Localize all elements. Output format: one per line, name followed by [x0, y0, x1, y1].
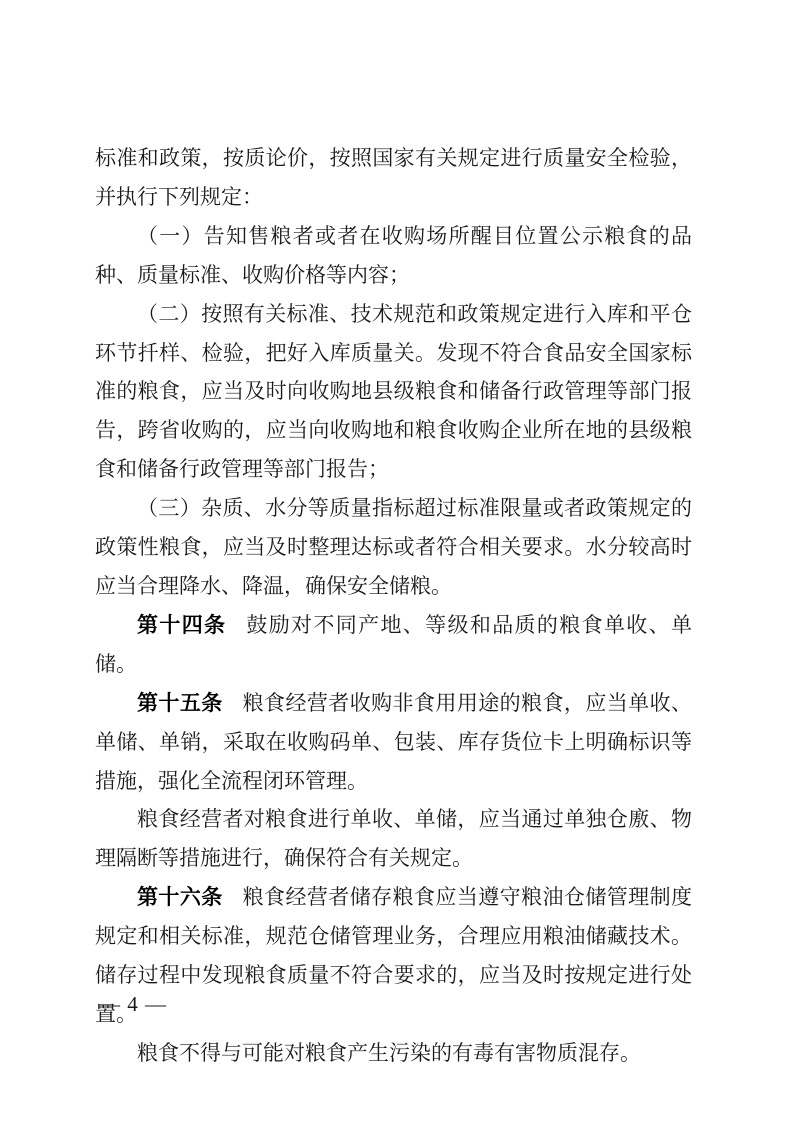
body-paragraph: （一）告知售粮者或者在收购场所醒目位置公示粮食的品种、质量标准、收购价格等内容；: [95, 217, 692, 295]
article-paragraph: 第十五条粮食经营者收购非食用用途的粮食，应当单收、单储、单销，采取在收购码单、包…: [95, 684, 692, 801]
body-paragraph: 粮食经营者对粮食进行单收、单储，应当通过单独仓廒、物理隔断等措施进行，确保符合有…: [95, 800, 692, 878]
document-body: 标准和政策，按质论价，按照国家有关规定进行质量安全检验，并执行下列规定：（一）告…: [95, 139, 692, 1073]
body-paragraph: （三）杂质、水分等质量指标超过标准限量或者政策规定的政策性粮食，应当及时整理达标…: [95, 489, 692, 606]
article-paragraph: 第十六条粮食经营者储存粮食应当遵守粮油仓储管理制度规定和相关标准，规范仓储管理业…: [95, 878, 692, 1034]
page-number: — 4 —: [99, 990, 167, 1018]
article-number: 第十四条: [137, 613, 226, 637]
article-number: 第十五条: [137, 691, 223, 715]
body-paragraph: 粮食不得与可能对粮食产生污染的有毒有害物质混存。: [95, 1034, 692, 1073]
body-paragraph: 标准和政策，按质论价，按照国家有关规定进行质量安全检验，并执行下列规定：: [95, 139, 692, 217]
article-paragraph: 第十四条鼓励对不同产地、等级和品质的粮食单收、单储。: [95, 606, 692, 684]
body-paragraph: （二）按照有关标准、技术规范和政策规定进行入库和平仓环节扦样、检验，把好入库质量…: [95, 295, 692, 490]
document-page: 标准和政策，按质论价，按照国家有关规定进行质量安全检验，并执行下列规定：（一）告…: [0, 0, 794, 1123]
article-number: 第十六条: [137, 885, 223, 909]
